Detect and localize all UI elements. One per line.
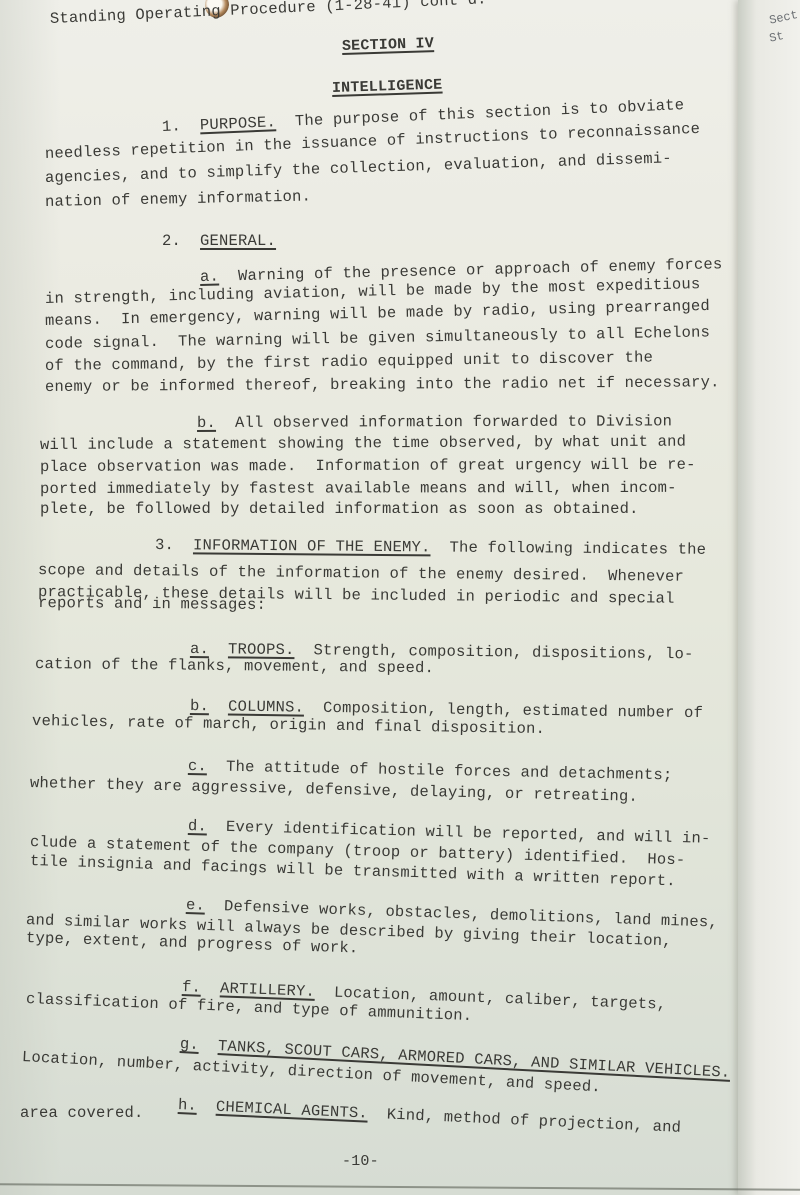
section-title: INTELLIGENCE <box>332 77 443 97</box>
paragraph-heading: PURPOSE. <box>200 113 277 134</box>
text-line: nation of enemy information. <box>45 187 311 211</box>
text-line: plete, be followed by detailed informati… <box>40 500 639 518</box>
paragraph-heading: INFORMATION OF THE ENEMY. <box>193 536 431 556</box>
paragraph-2: 2. GENERAL. <box>162 232 276 250</box>
text-line: reports and in messages: <box>38 594 266 614</box>
text-line: enemy or be informed thereof, breaking i… <box>45 373 720 396</box>
text-line: ported immediately by fastest available … <box>40 479 677 498</box>
text-line: of the command, by the first radio equip… <box>45 349 653 375</box>
text-line: cation of the flanks, movement, and spee… <box>35 655 434 677</box>
paragraph-heading: GENERAL. <box>200 232 276 250</box>
text-line: place observation was made. Information … <box>40 456 696 476</box>
adjacent-page-text: St <box>768 29 785 46</box>
section-label: SECTION IV <box>342 35 435 55</box>
paragraph-number: 1. <box>162 117 182 136</box>
text-line: area covered. <box>20 1104 144 1122</box>
text-line: will include a statement showing the tim… <box>40 433 686 454</box>
subparagraph-2b: b. All observed information forwarded to… <box>197 412 672 432</box>
page-number: -10- <box>342 1153 379 1170</box>
item-3h: h. CHEMICAL AGENTS. Kind, method of proj… <box>178 1096 682 1137</box>
text-line: scope and details of the information of … <box>38 561 684 586</box>
adjacent-page-edge <box>738 0 800 1195</box>
page-bottom-edge <box>0 1183 800 1191</box>
running-header: Standing Operating Procedure (1-28-41) c… <box>50 0 487 28</box>
paragraph-3: 3. INFORMATION OF THE ENEMY. The followi… <box>155 536 706 559</box>
